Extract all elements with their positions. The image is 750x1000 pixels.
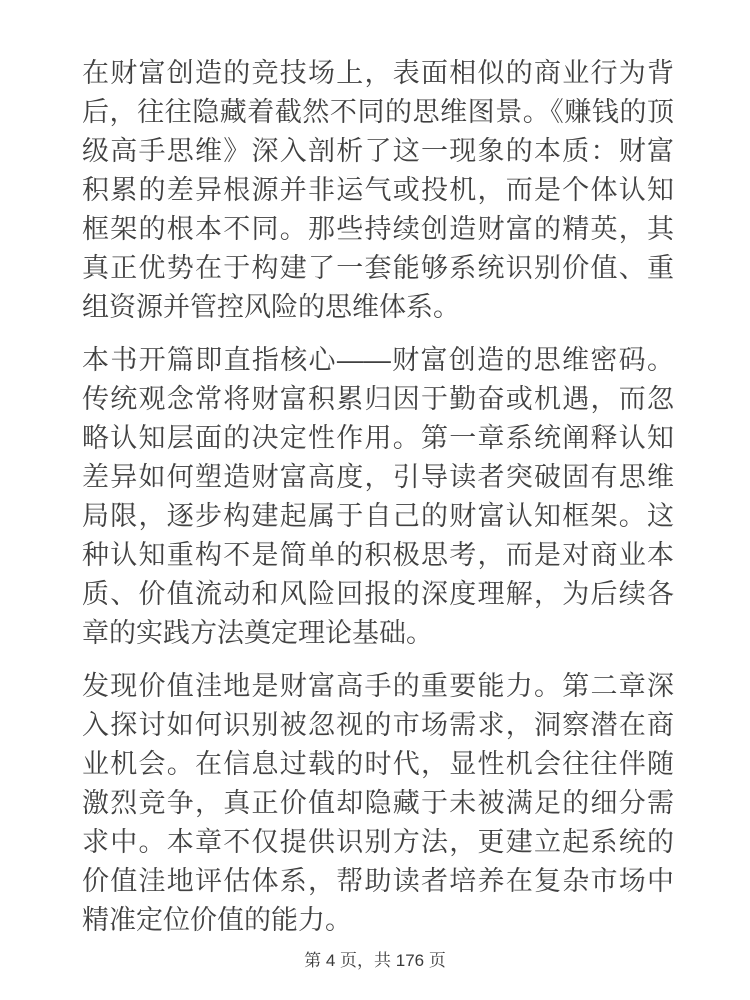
document-body: 在财富创造的竞技场上，表面相似的商业行为背后，往往隐藏着截然不同的思维图景。《赚… (82, 54, 674, 954)
document-page: 在财富创造的竞技场上，表面相似的商业行为背后，往往隐藏着截然不同的思维图景。《赚… (0, 0, 750, 1000)
paragraph: 在财富创造的竞技场上，表面相似的商业行为背后，往往隐藏着截然不同的思维图景。《赚… (82, 54, 674, 327)
paragraph: 发现价值洼地是财富高手的重要能力。第二章深入探讨如何识别被忽视的市场需求，洞察潜… (82, 667, 674, 940)
paragraph: 本书开篇即直指核心——财富创造的思维密码。传统观念常将财富积累归因于勤奋或机遇，… (82, 341, 674, 653)
page-number-indicator: 第 4 页，共 176 页 (0, 951, 750, 971)
